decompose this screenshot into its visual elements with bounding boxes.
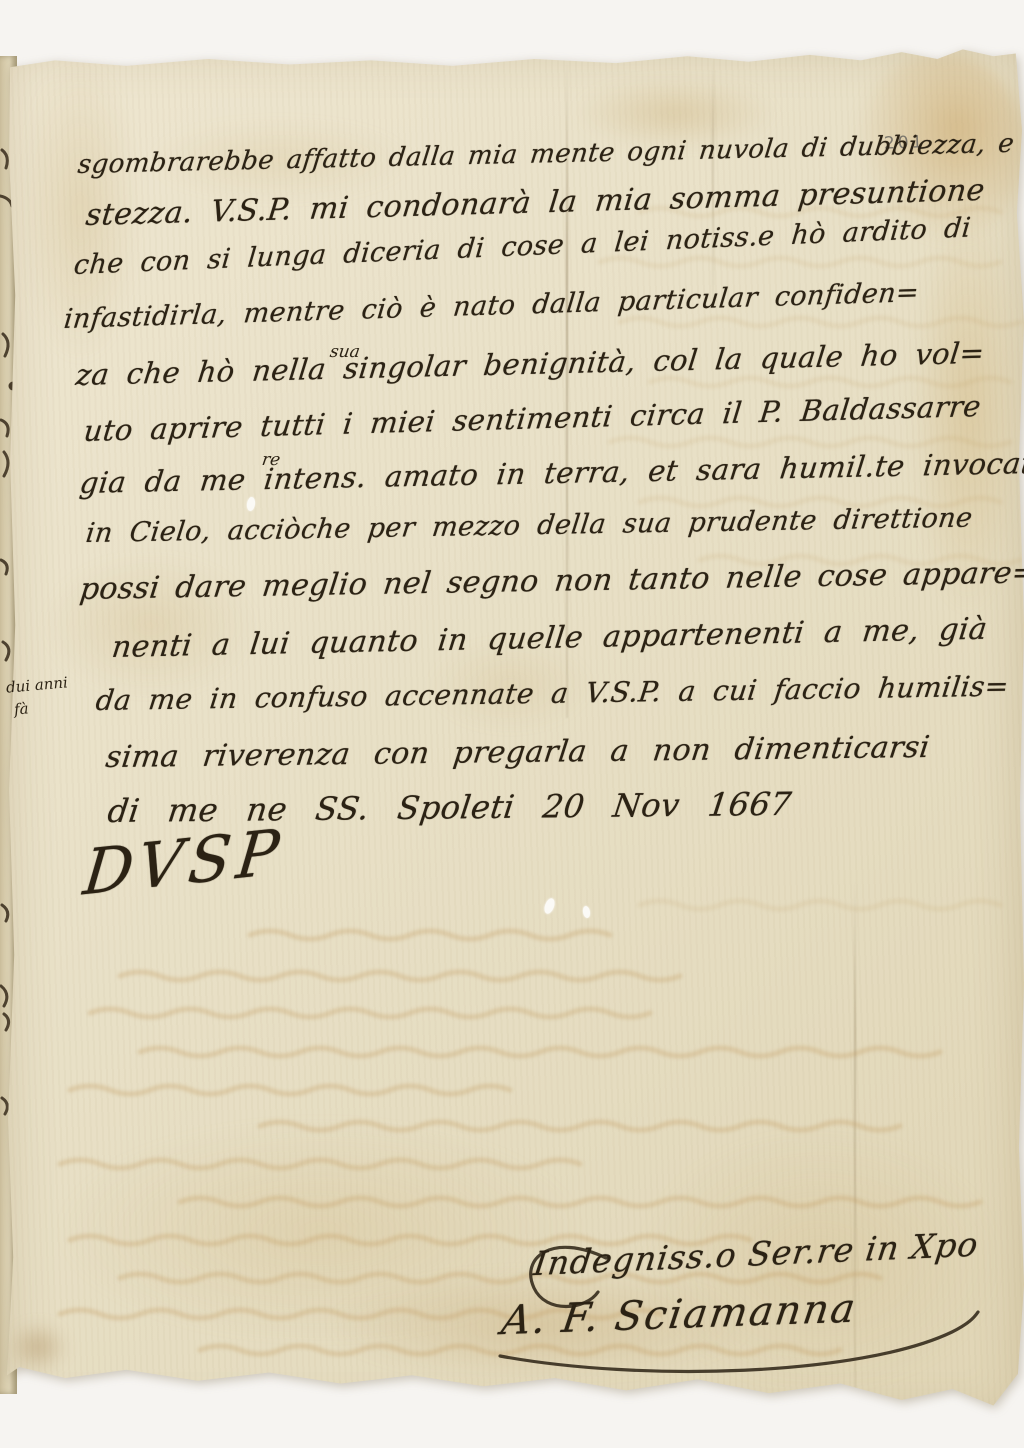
scan-background: 201 sgombrarebbe affatto dalla mia mente… <box>0 0 1024 1448</box>
manuscript-content: 201 sgombrarebbe affatto dalla mia mente… <box>0 0 1024 1448</box>
signature-flourish <box>0 0 1024 1448</box>
